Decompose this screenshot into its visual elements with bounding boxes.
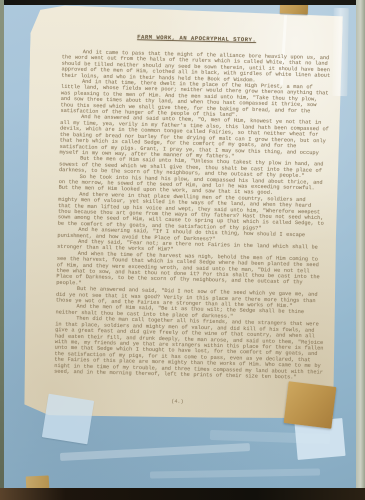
- tape-right-edge: [332, 8, 349, 96]
- tape-bottom-left-clear: [42, 394, 94, 445]
- document-title: FARM WORK, AN APOCRYPHAL STORY.: [62, 33, 331, 46]
- document-body: And it came to pass that the might of th…: [54, 49, 331, 381]
- typed-sheet: FARM WORK, AN APOCRYPHAL STORY. And it c…: [21, 5, 343, 423]
- scanned-page-photo: { "document": { "title": "FARM WORK, AN …: [0, 0, 365, 500]
- scan-frame-top: [0, 0, 365, 5]
- paragraph: And he answered and said unto them, "O, …: [59, 114, 329, 162]
- tape-bottom-right-yellowed: [284, 381, 337, 429]
- scan-frame-bottom: [0, 488, 365, 500]
- paragraph: Then did the man call together all his f…: [54, 315, 324, 381]
- scan-frame-left: [0, 0, 4, 500]
- typed-content: FARM WORK, AN APOCRYPHAL STORY. And it c…: [22, 5, 343, 382]
- scan-frame-right: [356, 0, 365, 500]
